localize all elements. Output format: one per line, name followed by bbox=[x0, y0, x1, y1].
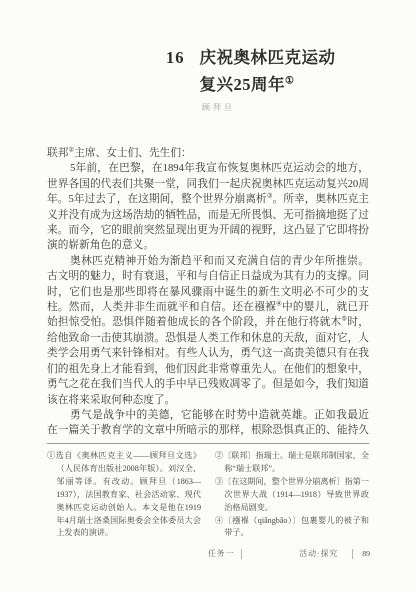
lesson-number: 16 bbox=[166, 44, 185, 98]
footer-task-label: 任务一 bbox=[208, 548, 234, 559]
footnote-1: ①选自《奥林匹克主义——顾拜旦文选》（人民体育出版社2008年版）。刘汉全、邹丽… bbox=[47, 450, 201, 540]
author-name: 顾拜旦 bbox=[202, 102, 235, 113]
footnote-2: ②〔联邦〕指瑞士。瑞士是联邦制国家，全称“瑞士联邦”。 bbox=[215, 450, 369, 476]
textbook-page: 16 庆祝奥林匹克运动 复兴25周年① 顾拜旦 联邦②主席、女士们、先生们： 5… bbox=[0, 0, 415, 592]
lesson-title-line1: 庆祝奥林匹克运动 bbox=[200, 44, 336, 71]
lesson-title: 16 庆祝奥林匹克运动 复兴25周年① bbox=[166, 44, 336, 98]
footnote-divider bbox=[47, 443, 369, 444]
body-paragraph-2: 奥林匹克精神开始为渐趋平和而又充满自信的青少年所推崇。古文明的魅力，时有衰退，平… bbox=[47, 254, 369, 408]
lesson-title-lines: 庆祝奥林匹克运动 复兴25周年① bbox=[200, 44, 336, 98]
salutation-line: 联邦②主席、女士们、先生们： bbox=[47, 146, 369, 161]
page-footer: 任务一 活动·探究 89 bbox=[0, 548, 370, 559]
lesson-body: 联邦②主席、女士们、先生们： 5年前，在巴黎，在1894年我宣布恢复奥林匹克运动… bbox=[47, 146, 369, 439]
footer-divider-1 bbox=[241, 549, 242, 559]
body-paragraph-3: 勇气是战争中的美德，它能够在时势中造就英雄。正如我最近在一篇关于教育学的文章中所… bbox=[47, 408, 369, 439]
footer-divider-2 bbox=[352, 549, 353, 559]
footer-unit-label: 活动·探究 bbox=[299, 548, 338, 559]
footnote-3: ③〔在这期间，整个世界分崩离析〕指第一次世界大战（1914—1918）导致世界政… bbox=[215, 476, 369, 515]
lesson-title-line2: 复兴25周年① bbox=[200, 71, 336, 98]
footnote-4: ④〔襁褓（qiǎngbǎo）〕包裹婴儿的被子和带子。 bbox=[215, 515, 369, 541]
page-number: 89 bbox=[362, 549, 370, 558]
body-paragraph-1: 5年前，在巴黎，在1894年我宣布恢复奥林匹克运动会的地方，世界各国的代表们共聚… bbox=[47, 161, 369, 253]
footnotes-block: ①选自《奥林匹克主义——顾拜旦文选》（人民体育出版社2008年版）。刘汉全、邹丽… bbox=[47, 450, 369, 543]
